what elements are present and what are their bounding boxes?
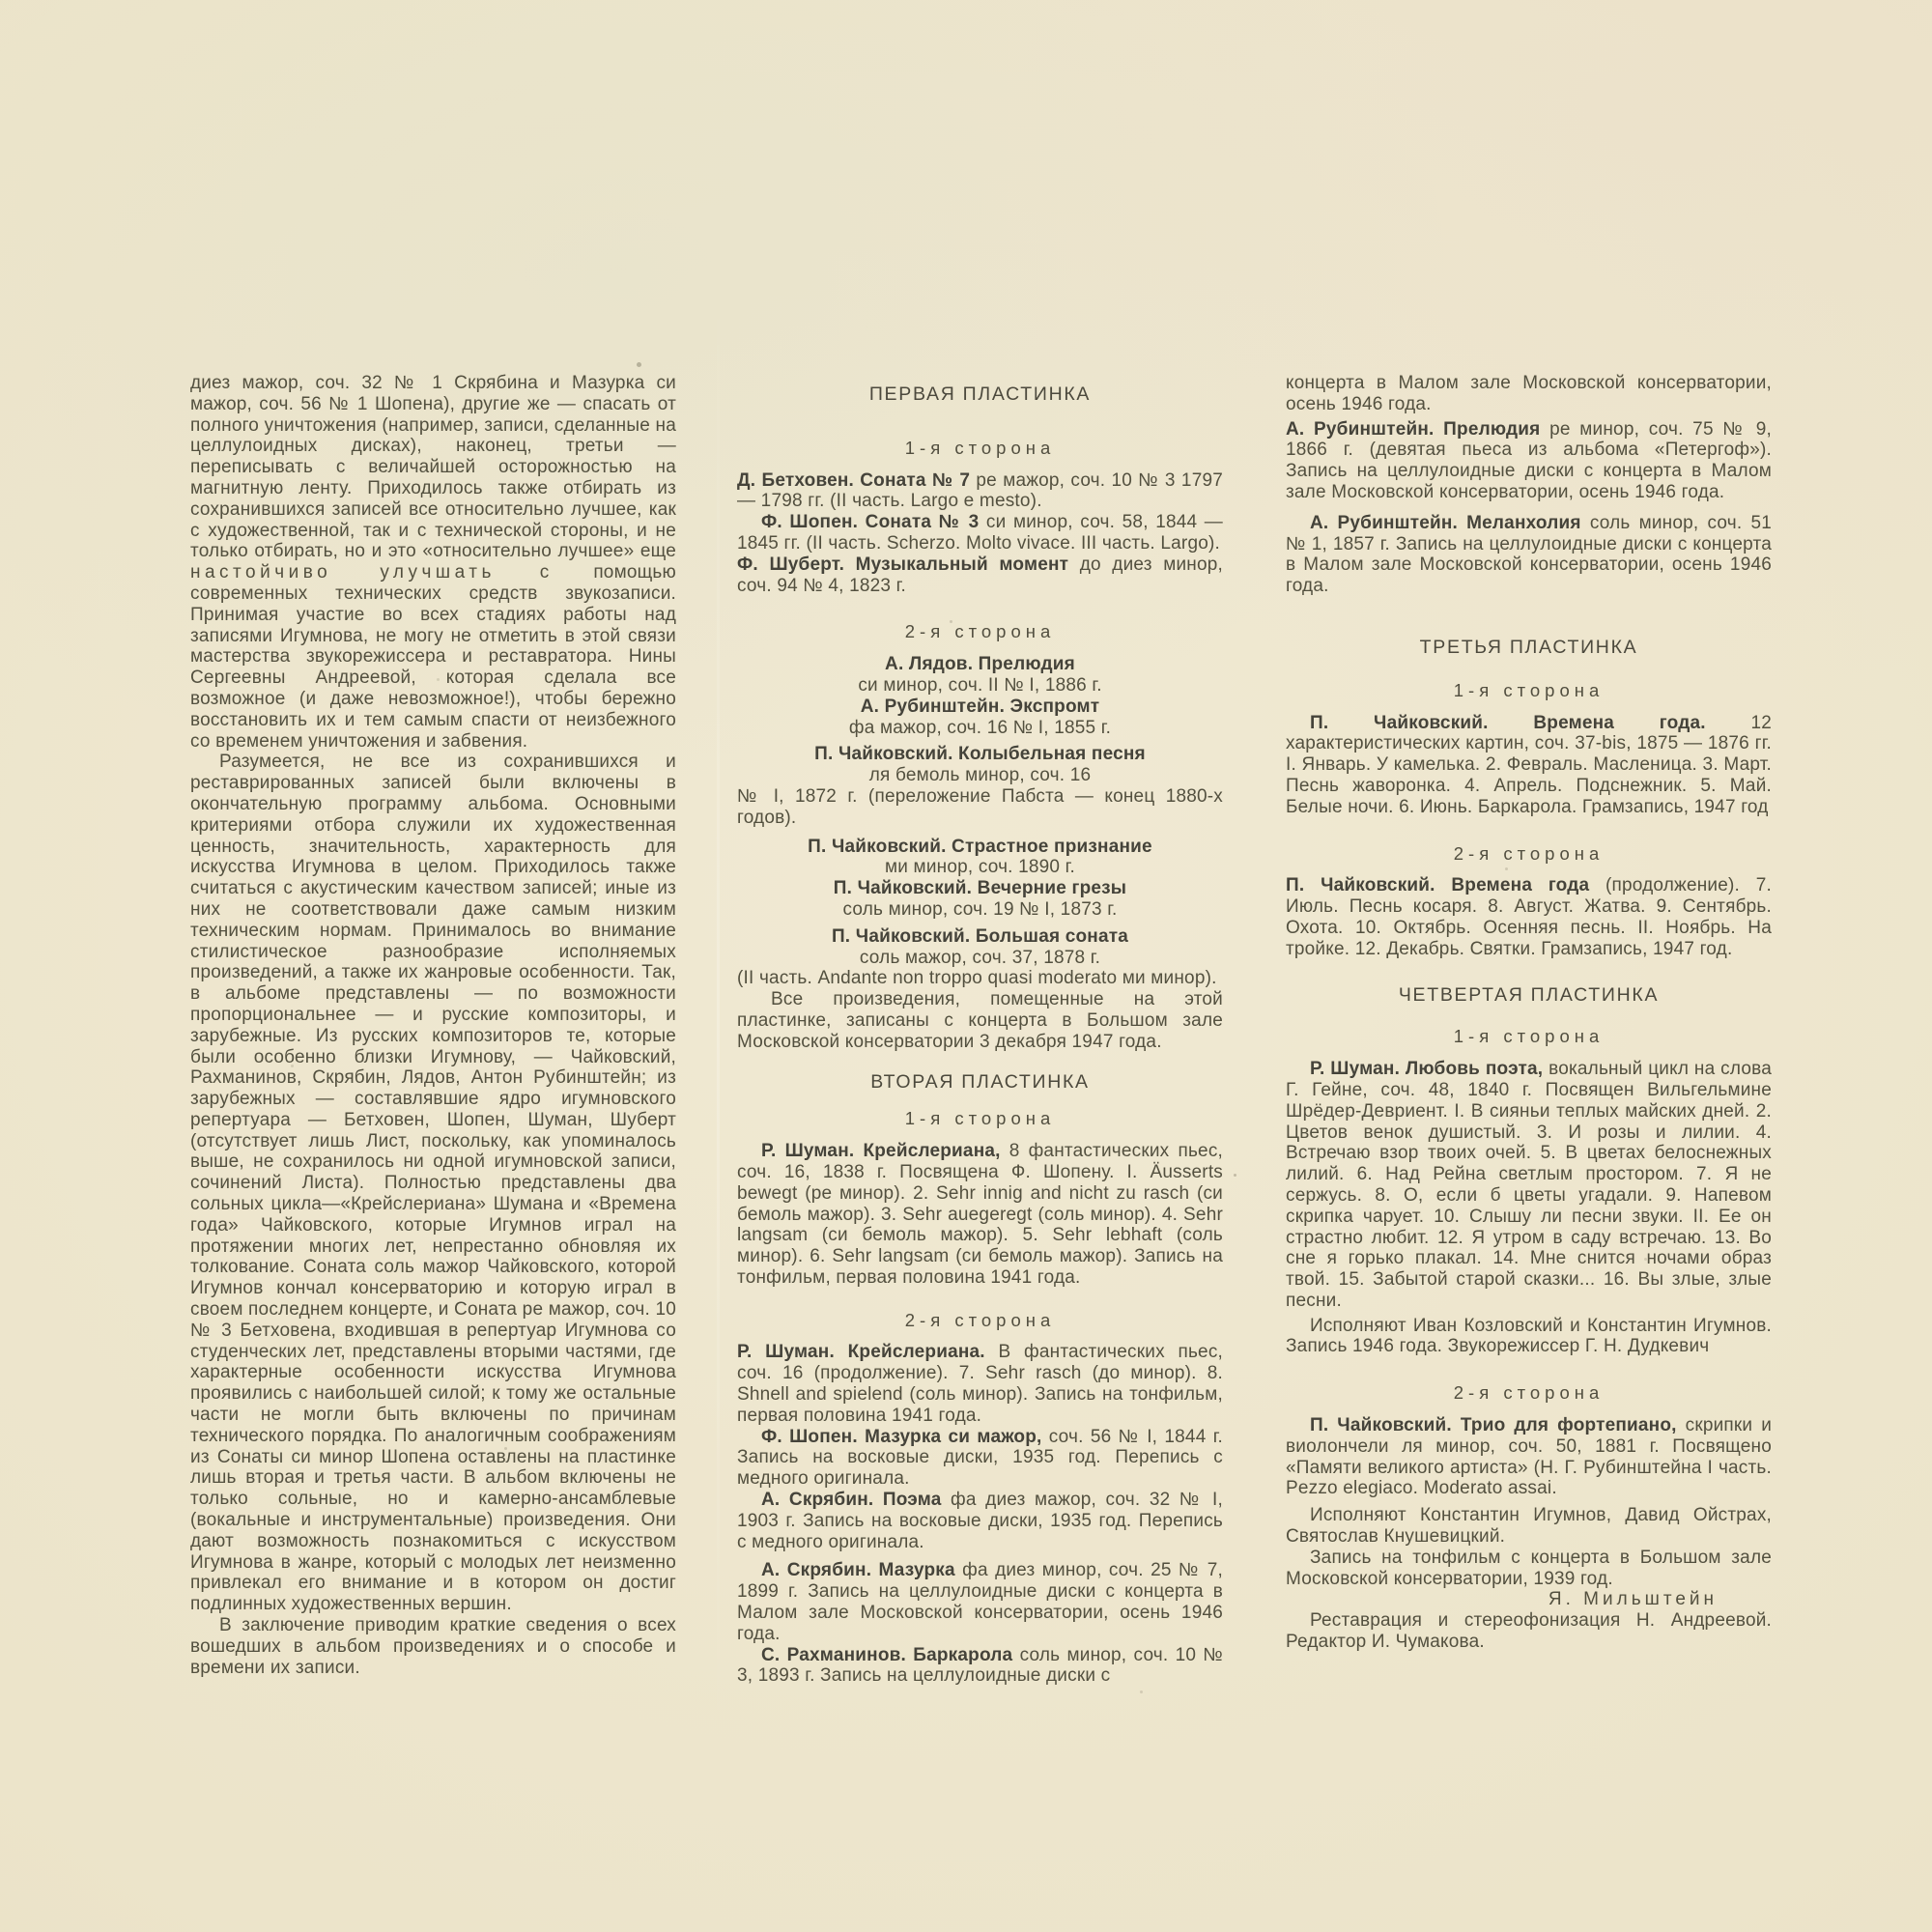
continuation-text: концерта в Малом зале Московской консерв… — [1286, 373, 1772, 415]
work-entry: А. Скрябин. Поэма фа диез мажор, соч. 32… — [737, 1490, 1223, 1552]
credits-line: Реставрация и стереофонизация Н. Андреев… — [1286, 1610, 1772, 1653]
disc-listing-column-2: концерта в Малом зале Московской консерв… — [1286, 373, 1772, 1653]
work-details: ми минор, соч. 1890 г. — [737, 857, 1223, 878]
disc-listing-column-1: ПЕРВАЯ ПЛАСТИНКА 1-я сторона Д. Бетховен… — [737, 384, 1223, 1687]
disc2-heading: ВТОРАЯ ПЛАСТИНКА — [737, 1072, 1223, 1094]
essay-column: диез мажор, соч. 32 № 1 Скрябина и Мазур… — [190, 373, 676, 1678]
work-title: А. Лядов. Прелюдия — [737, 654, 1223, 675]
work-title: С. Рахманинов. Баркарола — [761, 1645, 1012, 1665]
work-title: П. Чайковский. Большая соната — [737, 926, 1223, 948]
emphasized-phrase: настойчиво улучшать — [190, 562, 496, 582]
paper-crease — [717, 290, 720, 1739]
disc1-side2-label: 2-я сторона — [737, 621, 1223, 642]
work-title: А. Скрябин. Мазурка — [761, 1560, 955, 1580]
work-title: П. Чайковский. Трио для фортепиано, — [1310, 1415, 1677, 1435]
work-title: П. Чайковский. Времена года — [1286, 875, 1589, 895]
work-details: 8 фантастических пьес, соч. 16, 1838 г. … — [737, 1141, 1223, 1288]
record-sleeve-liner-notes-scan: диез мажор, соч. 32 № 1 Скрябина и Мазур… — [0, 0, 1932, 1932]
work-entry-centered: П. Чайковский. Колыбельная песня ля бемо… — [737, 744, 1223, 828]
work-title: Ф. Шопен. Соната № 3 — [761, 512, 979, 532]
disc1-side1-label: 1-я сторона — [737, 438, 1223, 459]
disc3-side2-label: 2-я сторона — [1286, 843, 1772, 865]
work-title: П. Чайковский. Времена года. — [1310, 713, 1706, 733]
work-title: П. Чайковский. Вечерние грезы — [737, 878, 1223, 899]
disc2-side1-label: 1-я сторона — [737, 1108, 1223, 1129]
work-title: Р. Шуман. Крейслериана, — [761, 1141, 1001, 1161]
work-entry-centered: А. Лядов. Прелюдия си минор, соч. II № I… — [737, 654, 1223, 696]
disc4-heading: ЧЕТВЕРТАЯ ПЛАСТИНКА — [1286, 985, 1772, 1007]
performers-note: Исполняют Иван Козловский и Константин И… — [1286, 1316, 1772, 1358]
work-details: ля бемоль минор, соч. 16 — [737, 765, 1223, 786]
work-title: Р. Шуман. Крейслериана. — [737, 1342, 985, 1362]
work-entry: Р. Шуман. Крейслериана, 8 фантастических… — [737, 1141, 1223, 1289]
author-signature: Я. Мильштейн — [1286, 1589, 1772, 1610]
work-title: Р. Шуман. Любовь поэта, — [1310, 1059, 1543, 1079]
disc2-side2-label: 2-я сторона — [737, 1310, 1223, 1331]
work-title: П. Чайковский. Колыбельная песня — [737, 744, 1223, 765]
paper-specks — [0, 0, 3, 3]
work-entry: Р. Шуман. Крейслериана. В фантастических… — [737, 1342, 1223, 1426]
work-title: Ф. Шуберт. Музыкальный момент — [737, 554, 1068, 575]
work-entry-centered: П. Чайковский. Вечерние грезы соль минор… — [737, 878, 1223, 921]
work-entry: А. Скрябин. Мазурка фа диез минор, соч. … — [737, 1560, 1223, 1644]
work-entry: Ф. Шуберт. Музыкальный момент до диез ми… — [737, 554, 1223, 597]
performers-note: Исполняют Константин Игумнов, Давид Ойст… — [1286, 1505, 1772, 1548]
work-details: вокальный цикл на слова Г. Гейне, соч. 4… — [1286, 1059, 1772, 1311]
essay-paragraph-1-continuation: с помощью современных технических средст… — [190, 562, 676, 751]
work-title: А. Рубинштейн. Меланхолия — [1310, 513, 1581, 533]
work-entry: Р. Шуман. Любовь поэта, вокальный цикл н… — [1286, 1059, 1772, 1312]
disc1-recording-note: Все произведения, помещенные на этой пла… — [737, 989, 1223, 1052]
work-details: соль мажор, соч. 37, 1878 г. — [737, 948, 1223, 969]
essay-paragraph-1-text: диез мажор, соч. 32 № 1 Скрябина и Мазур… — [190, 373, 676, 561]
work-entry: А. Рубинштейн. Меланхолия соль минор, со… — [1286, 513, 1772, 597]
essay-paragraph-1: диез мажор, соч. 32 № 1 Скрябина и Мазур… — [190, 373, 676, 752]
work-entry: П. Чайковский. Трио для фортепиано, скри… — [1286, 1415, 1772, 1499]
work-title: А. Рубинштейн. Экспромт — [737, 696, 1223, 718]
work-entry: С. Рахманинов. Баркарола соль минор, соч… — [737, 1645, 1223, 1688]
essay-paragraph-3: В заключение приводим краткие сведения о… — [190, 1615, 676, 1678]
work-entry: Ф. Шопен. Соната № 3 си минор, соч. 58, … — [737, 512, 1223, 554]
disc4-side2-label: 2-я сторона — [1286, 1382, 1772, 1404]
recording-note: Запись на тонфильм с концерта в Большом … — [1286, 1548, 1772, 1590]
disc1-heading: ПЕРВАЯ ПЛАСТИНКА — [737, 384, 1223, 406]
essay-paragraph-2: Разумеется, не все из сохранившихся и ре… — [190, 752, 676, 1615]
work-entry-centered: А. Рубинштейн. Экспромт фа мажор, соч. 1… — [737, 696, 1223, 739]
work-title: П. Чайковский. Страстное признание — [737, 837, 1223, 858]
disc3-side1-label: 1-я сторона — [1286, 680, 1772, 701]
work-details-continued: № I, 1872 г. (переложение Пабста — конец… — [737, 786, 1223, 829]
work-details: си минор, соч. II № I, 1886 г. — [737, 675, 1223, 696]
work-entry: А. Рубинштейн. Прелюдия ре минор, соч. 7… — [1286, 419, 1772, 503]
work-title: А. Скрябин. Поэма — [761, 1490, 942, 1510]
work-title: А. Рубинштейн. Прелюдия — [1286, 419, 1540, 440]
work-entry: Д. Бетховен. Соната № 7 ре мажор, соч. 1… — [737, 470, 1223, 513]
work-details-continued: (II часть. Andante non troppo quasi mode… — [737, 968, 1223, 989]
work-entry-centered: П. Чайковский. Страстное признание ми ми… — [737, 837, 1223, 879]
work-title: Д. Бетховен. Соната № 7 — [737, 470, 970, 491]
work-entry-centered: П. Чайковский. Большая соната соль мажор… — [737, 926, 1223, 989]
work-entry: П. Чайковский. Времена года. 12 характер… — [1286, 713, 1772, 818]
work-entry: Ф. Шопен. Мазурка си мажор, соч. 56 № I,… — [737, 1427, 1223, 1490]
work-entry: П. Чайковский. Времена года (продолжение… — [1286, 875, 1772, 959]
work-details: фа мажор, соч. 16 № I, 1855 г. — [737, 718, 1223, 739]
disc4-side1-label: 1-я сторона — [1286, 1026, 1772, 1047]
disc3-heading: ТРЕТЬЯ ПЛАСТИНКА — [1286, 638, 1772, 659]
work-details: соль минор, соч. 19 № I, 1873 г. — [737, 899, 1223, 921]
work-title: Ф. Шопен. Мазурка си мажор, — [761, 1427, 1042, 1447]
